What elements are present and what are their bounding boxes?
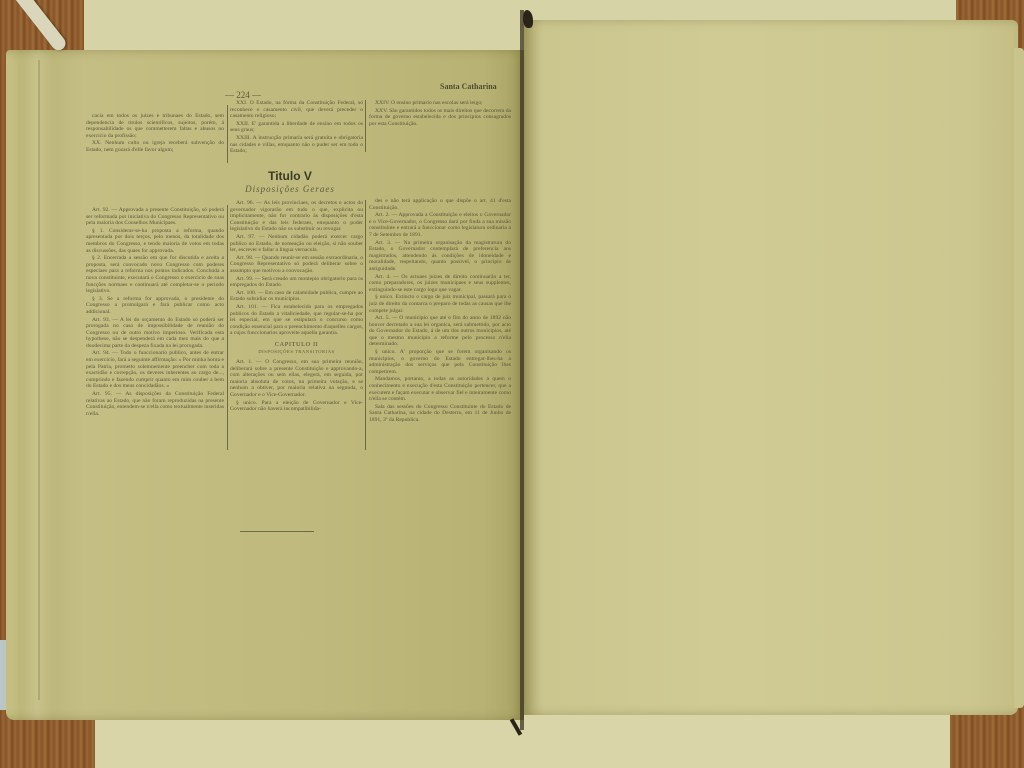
- section-subtitle: Disposições Geraes: [200, 184, 380, 194]
- page-number: — 224 —: [225, 90, 261, 100]
- binding-tear-top: [523, 10, 533, 28]
- body-column-3: des e não terá applicação o que dispõe o…: [369, 198, 511, 456]
- book-gutter: [520, 10, 524, 730]
- paragraph: § unico. A' proporção que se forem organ…: [369, 349, 511, 375]
- paragraph: cacia em todos os juizes e tribunaes do …: [86, 113, 224, 139]
- chapter-subtitle: DISPOSIÇÕES TRANSITORIAS: [230, 349, 363, 356]
- chapter-title: CAPITULO II: [230, 342, 363, 349]
- paragraph: § 2. Encerrada a sessão em que for discu…: [86, 255, 224, 295]
- right-page-edge: [1014, 48, 1024, 708]
- paragraph: Art. 93. — A lei do orçamento do Estado …: [86, 317, 224, 350]
- paragraph: Sala das sessões do Congresso Constituin…: [369, 404, 511, 424]
- paragraph: § 1. Considerar-se-ha proposta a reforma…: [86, 228, 224, 254]
- end-of-text-rule: [240, 531, 314, 532]
- column-rule: [227, 105, 228, 163]
- column-rule: [227, 205, 228, 450]
- section-title: Titulo V: [200, 169, 380, 183]
- paragraph: Art. 96. — As leis provinciaes, os decre…: [230, 200, 363, 233]
- body-column-1: Art. 92. — Approvada a presente Constitu…: [86, 207, 224, 455]
- body-column-2: Art. 96. — As leis provinciaes, os decre…: [230, 200, 363, 455]
- page-fold-line: [38, 60, 40, 700]
- paragraph: Art. 2. — Approvada a Constituição e ele…: [369, 212, 511, 238]
- paragraph: Art. 97. — Nenhum cidadão poderá exercer…: [230, 234, 363, 254]
- right-page-blank: [524, 20, 1018, 715]
- paragraph: Mandamos, portanto, a todas as autoridad…: [369, 376, 511, 402]
- top-column-1: cacia em todos os juizes e tribunaes do …: [86, 113, 224, 173]
- paragraph: Art. 99. — Será creado um montepio obrig…: [230, 276, 363, 289]
- paragraph: des e não terá applicação o que dispõe o…: [369, 198, 511, 211]
- paragraph: Art. 3. — Na primeira organisação da mag…: [369, 240, 511, 273]
- paragraph: XXII. E' garantida a liberdade de ensino…: [230, 121, 363, 134]
- paragraph: XXV. São garantidos todos os mais direit…: [369, 108, 511, 128]
- column-rule: [365, 100, 366, 152]
- paragraph: Art. 101. — Fica estabelecida para os em…: [230, 304, 363, 337]
- paragraph: XXIV. O ensino primario nas escolas será…: [369, 100, 511, 107]
- running-head: Santa Catharina: [440, 82, 497, 91]
- paragraph: XXIII. A instrucção primaria será gratui…: [230, 135, 363, 155]
- paragraph: Art. 5. — O municipio que até o fim do a…: [369, 315, 511, 348]
- paragraph: Art. 1. — O Congresso, em sua primeira r…: [230, 359, 363, 399]
- paragraph: § unico. Extincto o cargo de juiz munici…: [369, 294, 511, 314]
- paragraph: Art. 98. — Quando reunir-se em sessão ex…: [230, 255, 363, 275]
- paragraph: Art. 4. — Os actuaes juizes de direito c…: [369, 274, 511, 294]
- column-rule: [365, 200, 366, 450]
- paragraph: XX. Nenhum culto ou igreja receberá subv…: [86, 140, 224, 153]
- paragraph: § 3. Se a reforma for approvada, o presi…: [86, 296, 224, 316]
- paragraph: Art. 100. — Em caso de calamidade public…: [230, 290, 363, 303]
- paragraph: Art. 92. — Approvada a presente Constitu…: [86, 207, 224, 227]
- paragraph: Art. 95. — As disposições da Constituiçã…: [86, 391, 224, 417]
- top-column-3: XXIV. O ensino primario nas escolas será…: [369, 100, 511, 150]
- paragraph: XXI. O Estado, na fórma da Constituição …: [230, 100, 363, 120]
- paragraph: § unico. Para a eleição de Governador e …: [230, 400, 363, 413]
- paragraph: Art. 94. — Todo o funccionario publico, …: [86, 350, 224, 390]
- top-column-2: XXI. O Estado, na fórma da Constituição …: [230, 100, 363, 160]
